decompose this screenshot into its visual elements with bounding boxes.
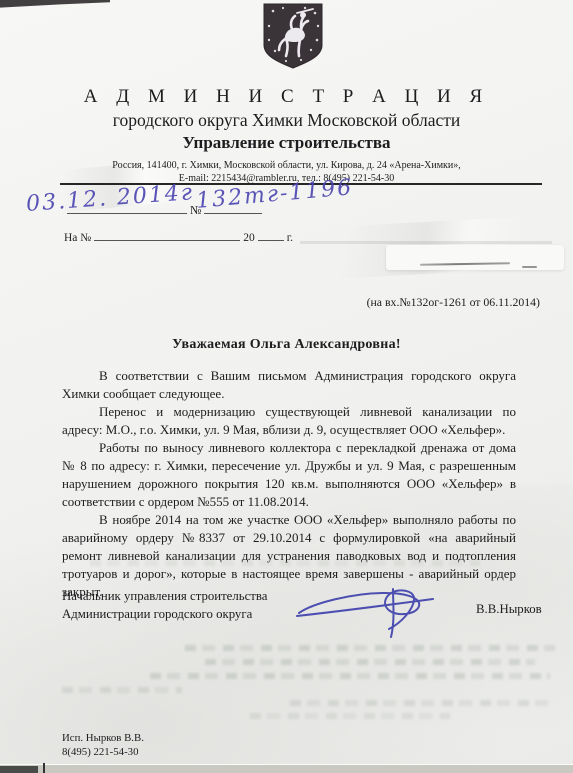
executor-block: Исп. Нырков В.В. 8(495) 221-54-30 [62, 731, 144, 759]
signer-position-line2: Администрации городского округа [62, 606, 267, 624]
redacted-recipient [386, 245, 564, 270]
redaction-streak [522, 266, 537, 268]
reply-year-blank [258, 227, 284, 241]
reply-to-form: На №20г. [64, 227, 293, 244]
executor-phone: 8(495) 221-54-30 [62, 745, 144, 759]
paragraph: Работы по выносу ливневого коллектора с … [62, 439, 516, 511]
signer-position: Начальник управления строительства Админ… [62, 588, 267, 623]
paragraph: Перенос и модернизацию существующей ливн… [62, 403, 516, 439]
incoming-reference: (на вх.№132ог-1261 от 06.11.2014) [0, 295, 540, 310]
bleed-through-text [90, 560, 480, 566]
reply-year-suffix: г. [287, 232, 293, 244]
salutation: Уважаемая Ольга Александровна! [0, 337, 573, 353]
org-department: Управление строительства [0, 133, 573, 153]
reply-year-prefix: 20 [243, 232, 255, 244]
org-name-line2: городского округа Химки Московской облас… [0, 110, 573, 131]
reply-label: На № [64, 232, 91, 244]
letterhead: А Д М И Н И С Т Р А Ц И Я городского окр… [0, 86, 573, 185]
handwritten-signature [293, 579, 441, 641]
org-address-line1: Россия, 141400, г. Химки, Московской обл… [0, 160, 573, 173]
bleed-through-text [62, 687, 182, 693]
bleed-through-text [185, 645, 555, 651]
scanner-edge-artifact [43, 763, 45, 773]
scanner-edge [0, 764, 573, 773]
scanner-edge-artifact [0, 766, 38, 773]
executor-name: Исп. Нырков В.В. [62, 731, 144, 745]
redaction-smear [300, 241, 552, 244]
scanned-letter-page: А Д М И Н И С Т Р А Ц И Я городского окр… [0, 0, 573, 773]
khimki-coat-of-arms-icon [261, 3, 325, 69]
org-name-line1: А Д М И Н И С Т Р А Ц И Я [0, 86, 573, 108]
bleed-through-text [290, 700, 550, 706]
bleed-through-text [250, 713, 450, 719]
signer-name: В.В.Нырков [476, 602, 542, 617]
bleed-through-text [150, 673, 550, 679]
scan-corner-artifact [0, 0, 110, 8]
paragraph: В соответствии с Вашим письмом Администр… [62, 367, 516, 403]
bleed-through-text [205, 659, 535, 665]
reply-blank-line [94, 227, 240, 241]
signer-position-line1: Начальник управления строительства [62, 588, 267, 606]
